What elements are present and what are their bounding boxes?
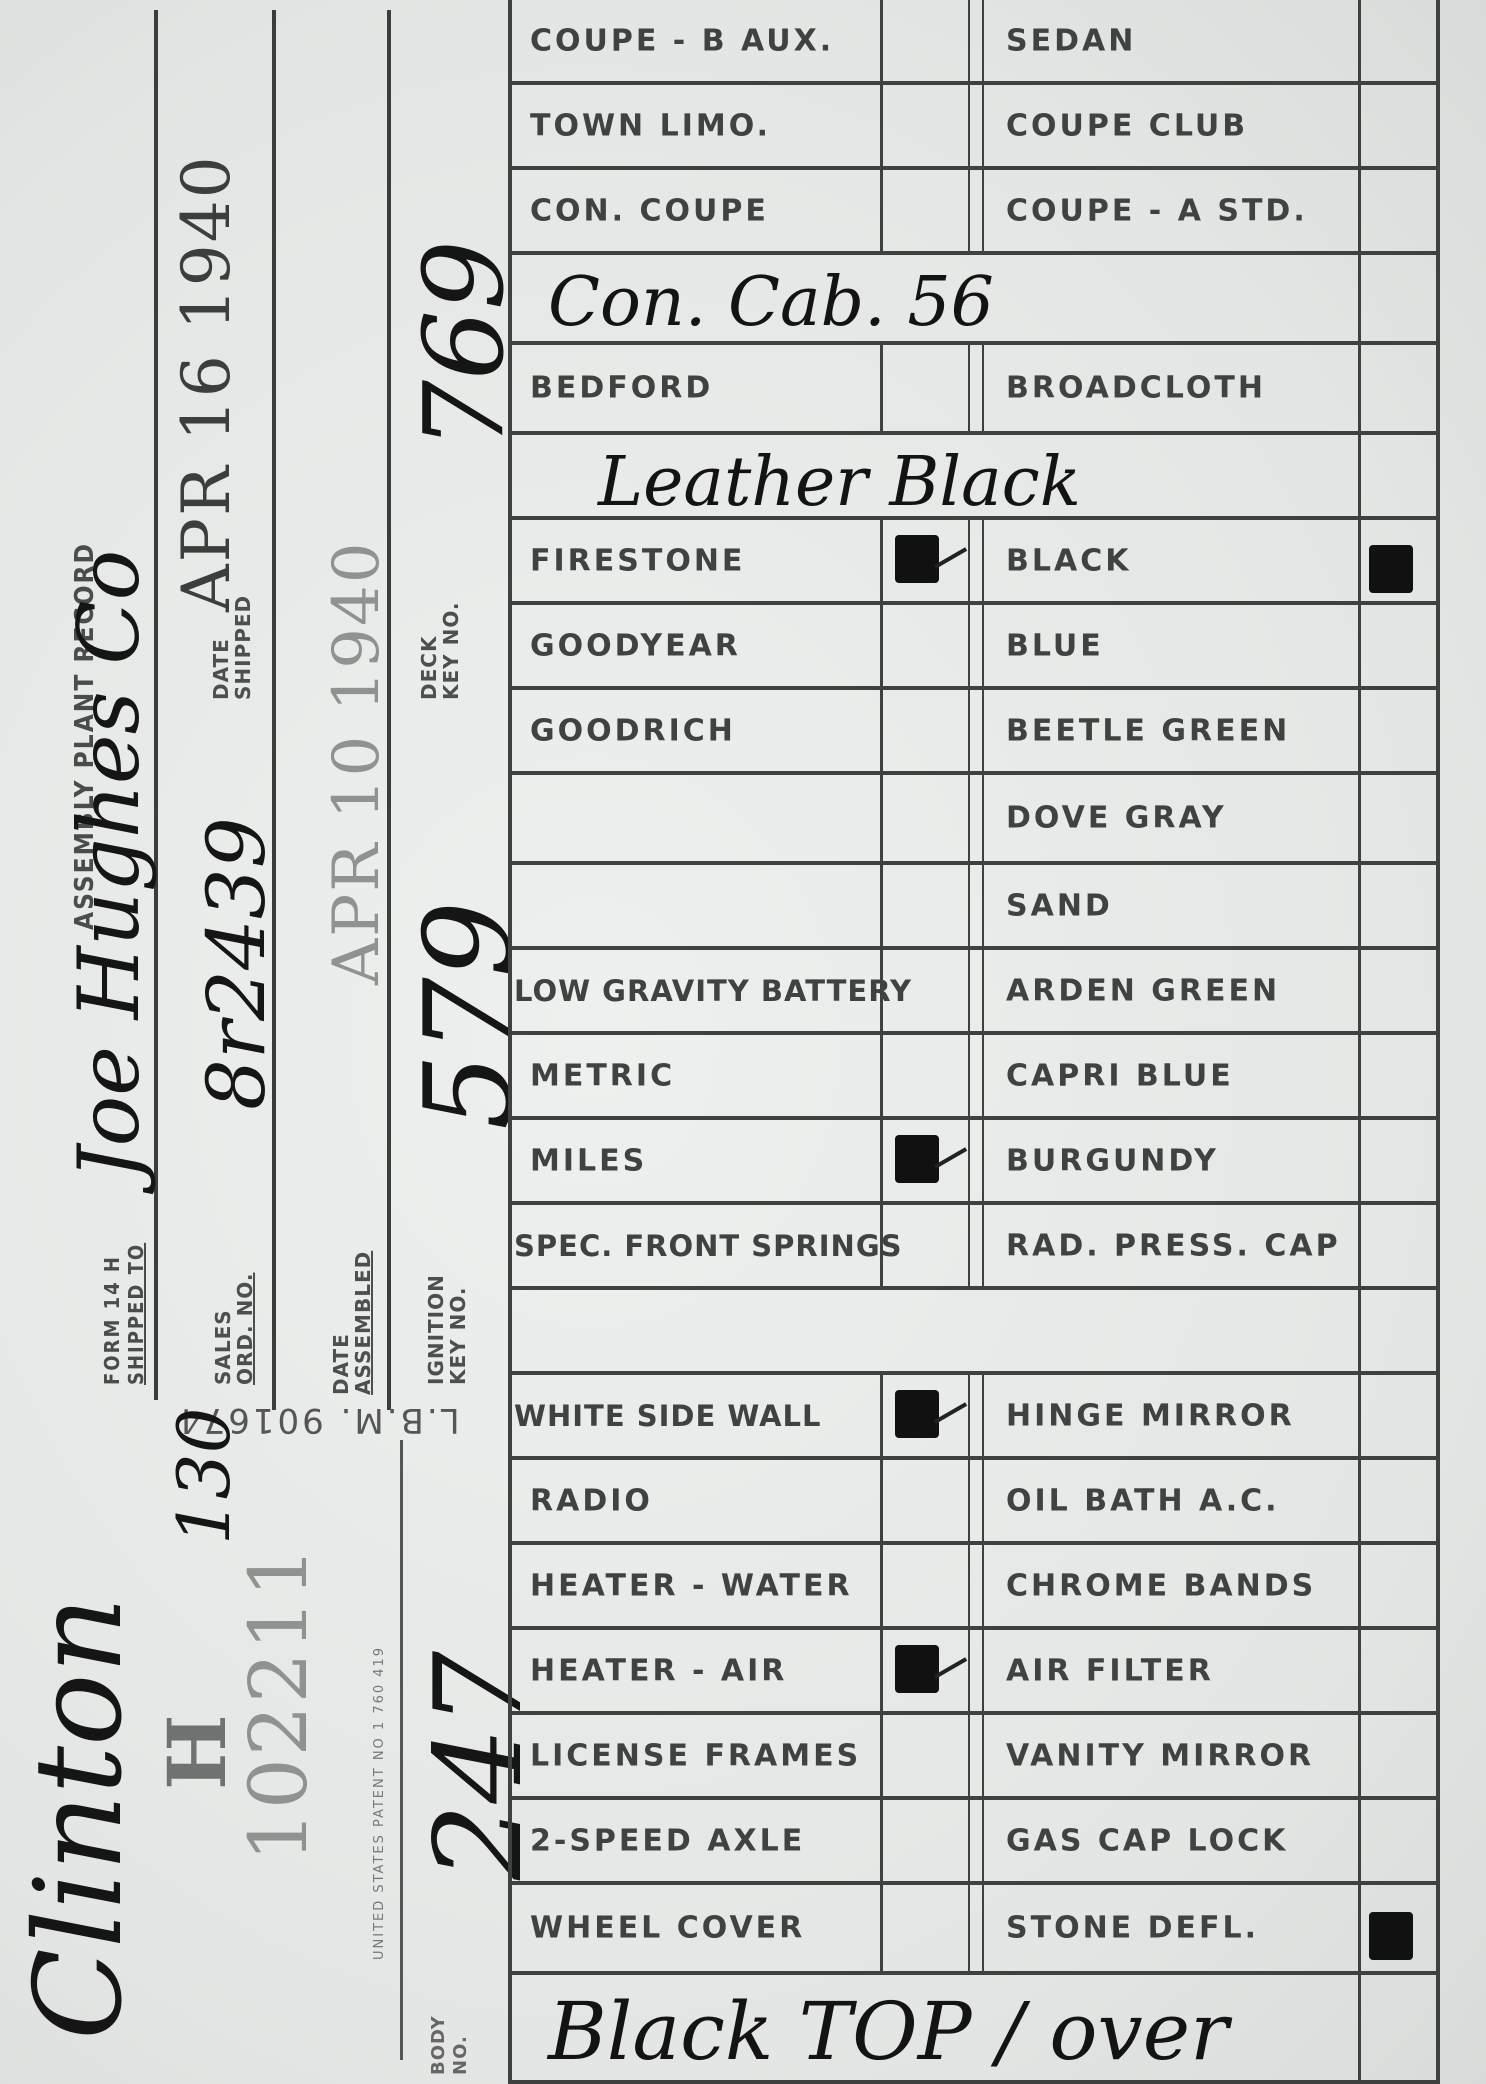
check-mark-icon xyxy=(895,1645,939,1693)
option-row: WHITE SIDE WALLHINGE MIRROR xyxy=(508,1375,1438,1460)
column-divider xyxy=(968,85,970,166)
stub-rule-2 xyxy=(272,10,276,1410)
option-row: CON. COUPECOUPE - A STD. xyxy=(508,170,1438,255)
ignition-key-no-label-line1: IGNITION xyxy=(425,1274,447,1385)
column-divider xyxy=(982,170,984,251)
option-checkbox-left[interactable] xyxy=(883,1035,968,1116)
option-row: FIRESTONEBLACK xyxy=(508,520,1438,605)
option-label-right: RAD. PRESS. CAP xyxy=(1006,1228,1341,1263)
option-label-right: STONE DEFL. xyxy=(1006,1911,1259,1946)
handwritten-name: Clinton xyxy=(10,1596,149,2040)
option-checkbox-right[interactable] xyxy=(1361,345,1436,431)
option-checkbox-left[interactable] xyxy=(883,1545,968,1626)
handwritten-entry: Leather Black xyxy=(598,443,1081,522)
option-checkbox-right[interactable] xyxy=(1361,1885,1436,1971)
option-label-left: RADIO xyxy=(530,1483,653,1518)
option-label-right: BEETLE GREEN xyxy=(1006,713,1290,748)
column-divider xyxy=(982,1035,984,1116)
column-divider xyxy=(968,1630,970,1711)
check-mark-icon xyxy=(895,535,939,583)
deck-key-no-label-line1: DECK xyxy=(418,601,440,700)
sales-ord-no-value: 8r2439 xyxy=(190,817,283,1110)
option-checkbox-right[interactable] xyxy=(1361,170,1436,251)
column-divider xyxy=(982,775,984,861)
option-label-left: COUPE - B AUX. xyxy=(530,23,834,58)
option-checkbox-right[interactable] xyxy=(1361,1035,1436,1116)
column-divider xyxy=(968,345,970,431)
date-assembled-label-line2: ASSEMBLED xyxy=(352,1251,374,1395)
body-no-label-line1: BODY xyxy=(428,2015,450,2075)
option-label-left: FIRESTONE xyxy=(530,543,745,578)
option-row: SAND xyxy=(508,865,1438,950)
option-checkbox-left[interactable] xyxy=(883,1800,968,1881)
option-label-left: CON. COUPE xyxy=(530,193,769,228)
option-checkbox-right[interactable] xyxy=(1361,0,1436,81)
column-divider xyxy=(968,0,970,81)
option-checkbox-left[interactable] xyxy=(883,345,968,431)
option-label-left: BEDFORD xyxy=(530,371,713,406)
check-mark-icon xyxy=(895,1135,939,1183)
sales-ord-no-label: SALES ORD. NO. xyxy=(212,1273,256,1385)
column-divider xyxy=(968,1120,970,1201)
date-assembled-label-line1: DATE xyxy=(330,1251,352,1395)
sales-ord-no-label-line2: ORD. NO. xyxy=(234,1273,256,1385)
column-divider xyxy=(1358,255,1361,341)
option-checkbox-right[interactable] xyxy=(1361,950,1436,1031)
option-checkbox-left[interactable] xyxy=(883,865,968,946)
option-checkbox-right[interactable] xyxy=(1361,1460,1436,1541)
option-row: WHEEL COVERSTONE DEFL. xyxy=(508,1885,1438,1975)
option-checkbox-left[interactable] xyxy=(883,170,968,251)
column-divider xyxy=(982,605,984,686)
option-label-left: WHEEL COVER xyxy=(530,1911,805,1946)
handwritten-row: Leather Black xyxy=(508,435,1438,520)
column-divider xyxy=(982,345,984,431)
option-row: TOWN LIMO.COUPE CLUB xyxy=(508,85,1438,170)
body-no-label: BODY NO. xyxy=(428,2015,472,2075)
option-label-right: BURGUNDY xyxy=(1006,1143,1219,1178)
column-divider xyxy=(968,605,970,686)
option-checkbox-right[interactable] xyxy=(1361,1205,1436,1286)
option-label-left: HEATER - WATER xyxy=(530,1568,853,1603)
option-checkbox-left[interactable] xyxy=(883,775,968,861)
column-divider xyxy=(968,170,970,251)
column-divider xyxy=(982,1460,984,1541)
option-label-left: HEATER - AIR xyxy=(530,1653,787,1688)
date-assembled-value: APR 10 1940 xyxy=(320,541,394,985)
column-divider xyxy=(968,1545,970,1626)
option-label-left: GOODYEAR xyxy=(530,628,741,663)
column-divider xyxy=(1358,435,1361,516)
option-checkbox-right[interactable] xyxy=(1361,1545,1436,1626)
option-checkbox-right[interactable] xyxy=(1361,1120,1436,1201)
deck-key-no-label-line2: KEY NO. xyxy=(440,601,462,700)
handwritten-row: Con. Cab. 56 xyxy=(508,255,1438,345)
serial-number: 102211 xyxy=(232,1545,325,1862)
column-divider xyxy=(968,520,970,601)
handwritten-130: 130 xyxy=(162,1408,246,1545)
option-label-right: ARDEN GREEN xyxy=(1006,973,1280,1008)
column-divider xyxy=(968,1800,970,1881)
column-divider xyxy=(968,1460,970,1541)
column-divider xyxy=(968,1715,970,1796)
option-row: METRICCAPRI BLUE xyxy=(508,1035,1438,1120)
column-divider xyxy=(982,1800,984,1881)
option-label-left: METRIC xyxy=(530,1058,675,1093)
option-label-left: 2-SPEED AXLE xyxy=(530,1823,805,1858)
column-divider xyxy=(968,1885,970,1971)
column-divider xyxy=(968,1375,970,1456)
option-checkbox-left[interactable] xyxy=(883,1205,968,1286)
option-label-right: DOVE GRAY xyxy=(1006,801,1227,836)
column-divider xyxy=(982,520,984,601)
sales-ord-no-label-line1: SALES xyxy=(212,1273,234,1385)
option-row: HEATER - WATERCHROME BANDS xyxy=(508,1545,1438,1630)
option-checkbox-right[interactable] xyxy=(1361,865,1436,946)
option-label-left: WHITE SIDE WALL xyxy=(514,1399,821,1433)
option-label-left: MILES xyxy=(530,1143,647,1178)
option-checkbox-left[interactable] xyxy=(883,605,968,686)
column-divider xyxy=(968,1035,970,1116)
date-assembled-label: DATE ASSEMBLED xyxy=(330,1251,374,1395)
option-checkbox-right[interactable] xyxy=(1361,775,1436,861)
column-divider xyxy=(982,1205,984,1286)
option-label-right: COUPE - A STD. xyxy=(1006,193,1308,228)
option-row: SPEC. FRONT SPRINGSRAD. PRESS. CAP xyxy=(508,1205,1438,1290)
column-divider xyxy=(982,1715,984,1796)
option-checkbox-left[interactable] xyxy=(883,1630,968,1711)
option-label-right: CHROME BANDS xyxy=(1006,1568,1316,1603)
options-table: COUPE - B AUX.SEDANTOWN LIMO.COUPE CLUBC… xyxy=(508,0,1438,2084)
option-label-right: VANITY MIRROR xyxy=(1006,1738,1314,1773)
option-label-right: SAND xyxy=(1006,888,1113,923)
option-label-right: GAS CAP LOCK xyxy=(1006,1823,1288,1858)
option-row: HEATER - AIRAIR FILTER xyxy=(508,1630,1438,1715)
option-checkbox-right[interactable] xyxy=(1361,690,1436,771)
handwritten-row: Black TOP / over xyxy=(508,1975,1438,2084)
column-divider xyxy=(968,690,970,771)
column-divider xyxy=(1358,1290,1361,1371)
option-row: DOVE GRAY xyxy=(508,775,1438,865)
option-label-left: LOW GRAVITY BATTERY xyxy=(514,974,912,1008)
option-checkbox-left[interactable] xyxy=(883,1120,968,1201)
column-divider xyxy=(968,950,970,1031)
column-divider xyxy=(982,1885,984,1971)
option-label-right: COUPE CLUB xyxy=(1006,108,1248,143)
body-no-label-line2: NO. xyxy=(450,2015,472,2075)
option-checkbox-right[interactable] xyxy=(1361,1375,1436,1456)
option-label-left: TOWN LIMO. xyxy=(530,108,771,143)
check-mark-icon xyxy=(1369,545,1413,593)
deck-key-no-label: DECK KEY NO. xyxy=(418,601,462,700)
column-divider xyxy=(982,1630,984,1711)
handwritten-entry: Con. Cab. 56 xyxy=(548,263,994,342)
option-checkbox-left[interactable] xyxy=(883,950,968,1031)
column-divider xyxy=(1358,1975,1361,2080)
shipped-to-label: SHIPPED TO xyxy=(124,1243,148,1385)
option-row: GOODRICHBEETLE GREEN xyxy=(508,690,1438,775)
column-divider xyxy=(982,950,984,1031)
option-checkbox-left[interactable] xyxy=(883,1885,968,1971)
option-label-right: AIR FILTER xyxy=(1006,1653,1214,1688)
ignition-key-no-label: IGNITION KEY NO. xyxy=(425,1274,469,1385)
option-checkbox-left[interactable] xyxy=(883,1460,968,1541)
column-divider xyxy=(982,690,984,771)
option-checkbox-left[interactable] xyxy=(883,1715,968,1796)
option-label-right: CAPRI BLUE xyxy=(1006,1058,1234,1093)
column-divider xyxy=(982,0,984,81)
option-row: LOW GRAVITY BATTERYARDEN GREEN xyxy=(508,950,1438,1035)
date-shipped-value: APR 16 1940 xyxy=(168,154,245,612)
option-row: MILESBURGUNDY xyxy=(508,1120,1438,1205)
option-row: LICENSE FRAMESVANITY MIRROR xyxy=(508,1715,1438,1800)
column-divider xyxy=(968,775,970,861)
option-label-left: GOODRICH xyxy=(530,713,736,748)
option-label-right: OIL BATH A.C. xyxy=(1006,1483,1280,1518)
column-divider xyxy=(982,1545,984,1626)
option-label-left: SPEC. FRONT SPRINGS xyxy=(514,1229,903,1263)
option-row: 2-SPEED AXLEGAS CAP LOCK xyxy=(508,1800,1438,1885)
option-row: BEDFORDBROADCLOTH xyxy=(508,345,1438,435)
column-divider xyxy=(968,865,970,946)
serial-prefix: H xyxy=(150,1712,244,1790)
shipped-to-value: Joe Hughes Co xyxy=(60,550,158,1180)
option-row: GOODYEARBLUE xyxy=(508,605,1438,690)
option-checkbox-right[interactable] xyxy=(1361,1630,1436,1711)
column-divider xyxy=(982,1120,984,1201)
stub-rule-4 xyxy=(400,1440,403,2060)
option-label-right: BROADCLOTH xyxy=(1006,371,1266,406)
ignition-key-no-label-line2: KEY NO. xyxy=(447,1274,469,1385)
check-mark-icon xyxy=(895,1390,939,1438)
handwritten-entry: Black TOP / over xyxy=(548,1985,1228,2078)
check-mark-icon xyxy=(1369,1912,1413,1960)
record-card: ASSEMBLY PLANT RECORD FORM 14 H SHIPPED … xyxy=(0,0,1486,2084)
column-divider xyxy=(968,1205,970,1286)
option-label-right: BLACK xyxy=(1006,543,1131,578)
option-label-right: BLUE xyxy=(1006,628,1104,663)
column-divider xyxy=(982,85,984,166)
option-label-left: LICENSE FRAMES xyxy=(530,1738,861,1773)
option-checkbox-left[interactable] xyxy=(883,520,968,601)
option-checkbox-right[interactable] xyxy=(1361,605,1436,686)
option-row: COUPE - B AUX.SEDAN xyxy=(508,0,1438,85)
option-label-right: HINGE MIRROR xyxy=(1006,1398,1295,1433)
option-checkbox-left[interactable] xyxy=(883,690,968,771)
option-checkbox-right[interactable] xyxy=(1361,85,1436,166)
option-label-right: SEDAN xyxy=(1006,23,1136,58)
form-number: FORM 14 H xyxy=(100,1255,124,1385)
option-checkbox-left[interactable] xyxy=(883,1375,968,1456)
option-checkbox-left[interactable] xyxy=(883,0,968,81)
blank-row xyxy=(508,1290,1438,1375)
option-checkbox-right[interactable] xyxy=(1361,1715,1436,1796)
option-checkbox-right[interactable] xyxy=(1361,520,1436,601)
patent-text: UNITED STATES PATENT NO 1 760 419 xyxy=(372,1646,387,1960)
option-row: RADIOOIL BATH A.C. xyxy=(508,1460,1438,1545)
column-divider xyxy=(982,865,984,946)
column-divider xyxy=(982,1375,984,1456)
option-checkbox-right[interactable] xyxy=(1361,1800,1436,1881)
option-checkbox-left[interactable] xyxy=(883,85,968,166)
